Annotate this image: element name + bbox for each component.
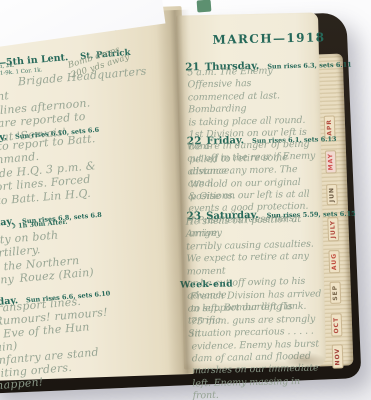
month-tab-nov: NOV — [332, 345, 344, 369]
right-page-header: MARCH—1918 — [212, 30, 325, 47]
month-tab-may: MAY — [325, 150, 337, 174]
weekend-label: Week-end — [180, 279, 233, 290]
month-tab-oct: OCT — [331, 314, 343, 337]
top-edge-green-tab — [197, 0, 212, 12]
right-page-content: MARCH—1918 21Thursday.Sun rises 6.3, set… — [176, 12, 326, 369]
weekend-handwriting: French Division has arrived to support o… — [190, 288, 326, 400]
left-page-header: MARCH—1918 — [7, 19, 121, 42]
diary-photo: APR MAY JUN JULY AUG SEP OCT NOV MARCH—1… — [0, 0, 371, 400]
month-tab-sep: SEP — [330, 282, 342, 304]
left-page: MARCH—1918 day—5th in Lent.St. Patrick M… — [0, 6, 194, 382]
month-tab-aug: AUG — [328, 250, 340, 274]
right-page: MARCH—1918 21Thursday.Sun rises 6.3, set… — [176, 12, 326, 369]
left-page-content: MARCH—1918 day—5th in Lent.St. Patrick M… — [0, 6, 207, 392]
entry-20-handwriting: & transport lines. g. Rumours! rumours! … — [0, 294, 114, 395]
month-tab-july: JULY — [327, 217, 339, 242]
entry-19-handwriting: ctivity on both th artillery. to the Nor… — [0, 226, 94, 289]
entry-18-handwriting: dden to report to Batt. Command. Brigade… — [0, 132, 100, 210]
